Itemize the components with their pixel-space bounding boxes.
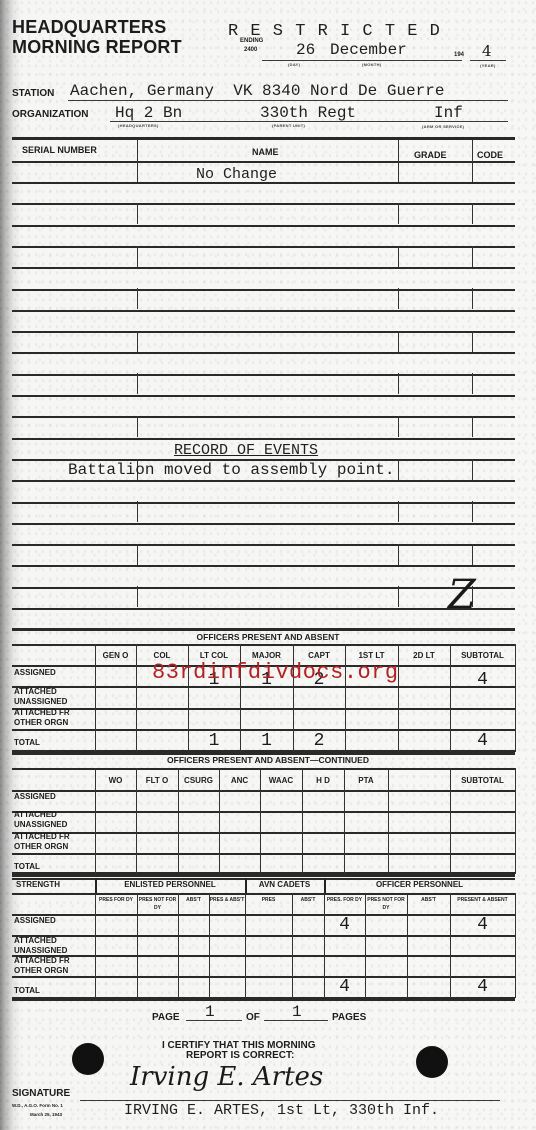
strength-column-header: ABS'T: [407, 896, 450, 904]
column-divider: [398, 288, 399, 309]
group-enlisted-personnel: ENLISTED PERSONNEL: [95, 880, 245, 889]
report-month: December: [330, 41, 407, 59]
ruled-line: [12, 352, 515, 354]
column-divider: [472, 501, 473, 522]
officers-continued-column-header: WO: [95, 776, 136, 785]
ruled-line: [12, 608, 515, 610]
headquarters-caption: (HEADQUARTERS): [118, 123, 159, 128]
officers-continued-column-header: ANC: [219, 776, 260, 785]
column-divider: [398, 140, 399, 182]
column-divider: [472, 288, 473, 309]
officers-column-header: 1ST LT: [345, 651, 398, 660]
typed-name: IRVING E. ARTES, 1st Lt, 330th Inf.: [124, 1102, 439, 1119]
strength-row-rule: [12, 976, 515, 978]
form-note-line-1: W.D., A.G.O. Form No. 1: [12, 1103, 63, 1108]
strength-column-header: PRES NOT FOR DY: [137, 896, 178, 912]
officers-col-rule: [95, 644, 96, 752]
organization-arm: Inf: [434, 104, 463, 122]
officers-top-rule: [12, 628, 515, 631]
column-divider: [398, 459, 399, 480]
officers-column-header: SUBTOTAL: [450, 651, 515, 660]
day-caption: (DAY): [288, 62, 300, 67]
organization-underline: [110, 121, 508, 122]
strength-group-divider: [95, 878, 97, 893]
column-divider: [472, 459, 473, 480]
group-avn-cadets: AVN CADETS: [245, 880, 324, 889]
officers-column-header: MAJOR: [240, 651, 293, 660]
record-of-events-text: Battalion moved to assembly point.: [68, 461, 394, 479]
station-underline: [68, 100, 508, 101]
officers-continued-column-header: FLT O: [136, 776, 178, 785]
officers-row-label: ATTACHED UNASSIGNED: [14, 687, 94, 707]
ruled-line: [12, 225, 515, 227]
strength-row-label: ATTACHED FR OTHER ORGN: [14, 956, 94, 976]
signature-label: SIGNATURE: [12, 1088, 70, 1099]
strength-row-label: ATTACHED UNASSIGNED: [14, 936, 94, 956]
organization-parent-unit: 330th Regt: [260, 104, 356, 122]
column-divider: [472, 331, 473, 352]
page-number: 1: [205, 1003, 215, 1021]
strength-col-rule: [407, 893, 408, 998]
strength-column-header: ABS'T: [178, 896, 209, 904]
column-divider: [137, 416, 138, 437]
officers-row-label: ATTACHED FR OTHER ORGN: [14, 708, 94, 728]
binder-hole-left: [72, 1043, 104, 1075]
officers-cell: 4: [450, 731, 515, 751]
ruled-line: [12, 310, 515, 312]
officers-continued-row-rule: [12, 853, 515, 855]
ruled-line: [12, 182, 515, 184]
officers-column-header: CAPT: [293, 651, 345, 660]
strength-column-header: PRES FOR DY: [95, 896, 137, 904]
ruled-line: [12, 203, 515, 205]
report-day: 26: [296, 41, 315, 59]
year-underline: [470, 60, 506, 61]
total-pages-underline: [264, 1020, 328, 1021]
organization-headquarters: Hq 2 Bn: [115, 104, 182, 122]
year-caption: (YEAR): [480, 63, 496, 68]
strength-col-rule: [292, 893, 293, 998]
year-prefix: 194: [454, 52, 464, 58]
officers-section-title: OFFICERS PRESENT AND ABSENT: [0, 632, 536, 642]
officers-continued-row-label: ASSIGNED: [14, 792, 94, 802]
signature-underline: [80, 1100, 500, 1101]
station-value: Aachen, Germany VK 8340 Nord De Guerre: [70, 82, 444, 100]
strength-row-label: ASSIGNED: [14, 916, 94, 926]
strength-cell: 4: [450, 915, 515, 935]
strength-cell: 4: [324, 915, 365, 935]
strength-col-rule: [178, 893, 179, 998]
month-caption: (MONTH): [362, 62, 381, 67]
column-divider: [137, 586, 138, 607]
officers-continued-column-header: SUBTOTAL: [450, 776, 515, 785]
of-label: OF: [246, 1012, 260, 1023]
column-divider: [137, 140, 138, 182]
officers-col-rule: [136, 644, 137, 752]
year-suffix: 4: [482, 42, 492, 60]
strength-cell: 4: [324, 977, 365, 997]
strength-column-header: PRES: [245, 896, 292, 904]
strength-column-header: PRES NOT FOR DY: [365, 896, 407, 912]
column-grade: GRADE: [414, 150, 447, 160]
ending-time: 2400: [244, 47, 257, 53]
ruled-line: [12, 267, 515, 269]
officers-cell: 4: [450, 670, 515, 690]
title-morning-report: MORNING REPORT: [12, 38, 182, 57]
strength-column-header: ABS'T: [292, 896, 324, 904]
ruled-line: [12, 438, 515, 440]
column-divider: [137, 501, 138, 522]
strength-row-rule: [12, 893, 515, 895]
pages-label: PAGES: [332, 1012, 366, 1023]
ruled-line: [12, 587, 515, 589]
officers-cell: 2: [293, 731, 345, 751]
column-divider: [398, 246, 399, 267]
column-divider: [398, 544, 399, 565]
column-serial-number: SERIAL NUMBER: [22, 145, 97, 155]
column-divider: [472, 373, 473, 394]
strength-col-rule: [515, 893, 516, 998]
organization-label: ORGANIZATION: [12, 109, 88, 120]
strength-cell: 4: [450, 977, 515, 997]
officers-continued-column-header: H D: [302, 776, 344, 785]
title-headquarters: HEADQUARTERS: [12, 18, 166, 37]
officers-cell: 1: [188, 731, 240, 751]
column-divider: [472, 246, 473, 267]
officers-column-header: GEN O: [95, 651, 136, 660]
ruled-line: [12, 246, 515, 248]
ruled-line: [12, 395, 515, 397]
officers-continued-row-label: ATTACHED FR OTHER ORGN: [14, 832, 94, 852]
column-divider: [137, 331, 138, 352]
column-divider: [398, 331, 399, 352]
strength-label: STRENGTH: [16, 880, 60, 889]
column-divider: [472, 203, 473, 224]
continued-bottom-rule: [12, 874, 515, 877]
strength-col-rule: [209, 893, 210, 998]
arm-caption: (ARM OR SERVICE): [422, 124, 464, 129]
column-divider: [472, 544, 473, 565]
ruled-line: [12, 544, 515, 546]
officers-continued-row-label: TOTAL: [14, 862, 94, 872]
ruled-line: [12, 374, 515, 376]
strength-column-header: PRES. FOR DY: [324, 896, 365, 904]
page-label: PAGE: [152, 1012, 180, 1023]
column-divider: [137, 288, 138, 309]
column-divider: [398, 501, 399, 522]
strength-col-rule: [245, 893, 246, 998]
certify-line-2: REPORT IS CORRECT:: [186, 1050, 294, 1061]
ruled-line: [12, 502, 515, 504]
officers-row-label: TOTAL: [14, 738, 94, 748]
officers-continued-col-rule: [515, 768, 516, 874]
total-pages: 1: [292, 1003, 302, 1021]
officers-continued-col-rule: [388, 768, 389, 874]
date-underline: [262, 60, 462, 61]
initials-mark: Z: [448, 572, 476, 618]
officers-column-header: COL: [136, 651, 188, 660]
strength-column-header: PRESENT & ABSENT: [450, 896, 515, 904]
page-number-underline: [186, 1020, 242, 1021]
parent-unit-caption: (PARENT UNIT): [272, 123, 305, 128]
signature: Irving E. Artes: [130, 1062, 323, 1092]
personnel-entry: No Change: [196, 166, 277, 183]
officers-row-label: ASSIGNED: [14, 668, 94, 678]
column-name: NAME: [252, 147, 279, 157]
ruled-line: [12, 480, 515, 482]
officers-continued-title: OFFICERS PRESENT AND ABSENT—CONTINUED: [0, 755, 536, 765]
strength-group-divider: [324, 878, 326, 893]
group-officer-personnel: OFFICER PERSONNEL: [324, 880, 515, 889]
column-divider: [137, 246, 138, 267]
officers-continued-column-header: PTA: [344, 776, 388, 785]
officers-col-rule: [515, 644, 516, 752]
officers-continued-row-rule: [12, 768, 515, 770]
officers-row-rule: [12, 644, 515, 646]
column-divider: [398, 586, 399, 607]
ruled-line: [12, 331, 515, 333]
strength-col-rule: [95, 893, 96, 998]
watermark: 83rdinfdivdocs.org: [152, 660, 399, 685]
officers-continued-row-label: ATTACHED UNASSIGNED: [14, 810, 94, 830]
column-divider: [398, 416, 399, 437]
strength-row-label: TOTAL: [14, 986, 94, 996]
ruled-line: [12, 289, 515, 291]
officers-bottom-rule: [12, 752, 515, 755]
morning-report-document: HEADQUARTERS MORNING REPORT R E S T R I …: [0, 0, 536, 1130]
station-label: STATION: [12, 88, 54, 99]
column-divider: [472, 140, 473, 182]
column-divider: [398, 373, 399, 394]
header-divider: [12, 161, 515, 163]
officers-column-header: LT COL: [188, 651, 240, 660]
column-divider: [137, 544, 138, 565]
binder-hole-right: [416, 1046, 448, 1078]
ruled-line: [12, 416, 515, 418]
officers-continued-column-header: CSURG: [178, 776, 219, 785]
officers-column-header: 2D LT: [398, 651, 450, 660]
table-top-rule: [12, 137, 515, 140]
ruled-line: [12, 523, 515, 525]
column-divider: [137, 373, 138, 394]
officers-cell: 1: [240, 731, 293, 751]
form-note-line-2: March 25, 1943: [30, 1112, 62, 1117]
ending-label: ENDING: [240, 38, 263, 44]
column-divider: [398, 203, 399, 224]
record-of-events-title: RECORD OF EVENTS: [174, 442, 318, 459]
column-code: CODE: [477, 150, 503, 160]
column-divider: [472, 416, 473, 437]
officers-continued-column-header: WAAC: [260, 776, 302, 785]
strength-group-divider: [245, 878, 247, 893]
ruled-line: [12, 565, 515, 567]
column-divider: [137, 203, 138, 224]
strength-bottom-rule: [12, 998, 515, 1001]
strength-column-header: PRES & ABS'T: [209, 896, 245, 904]
